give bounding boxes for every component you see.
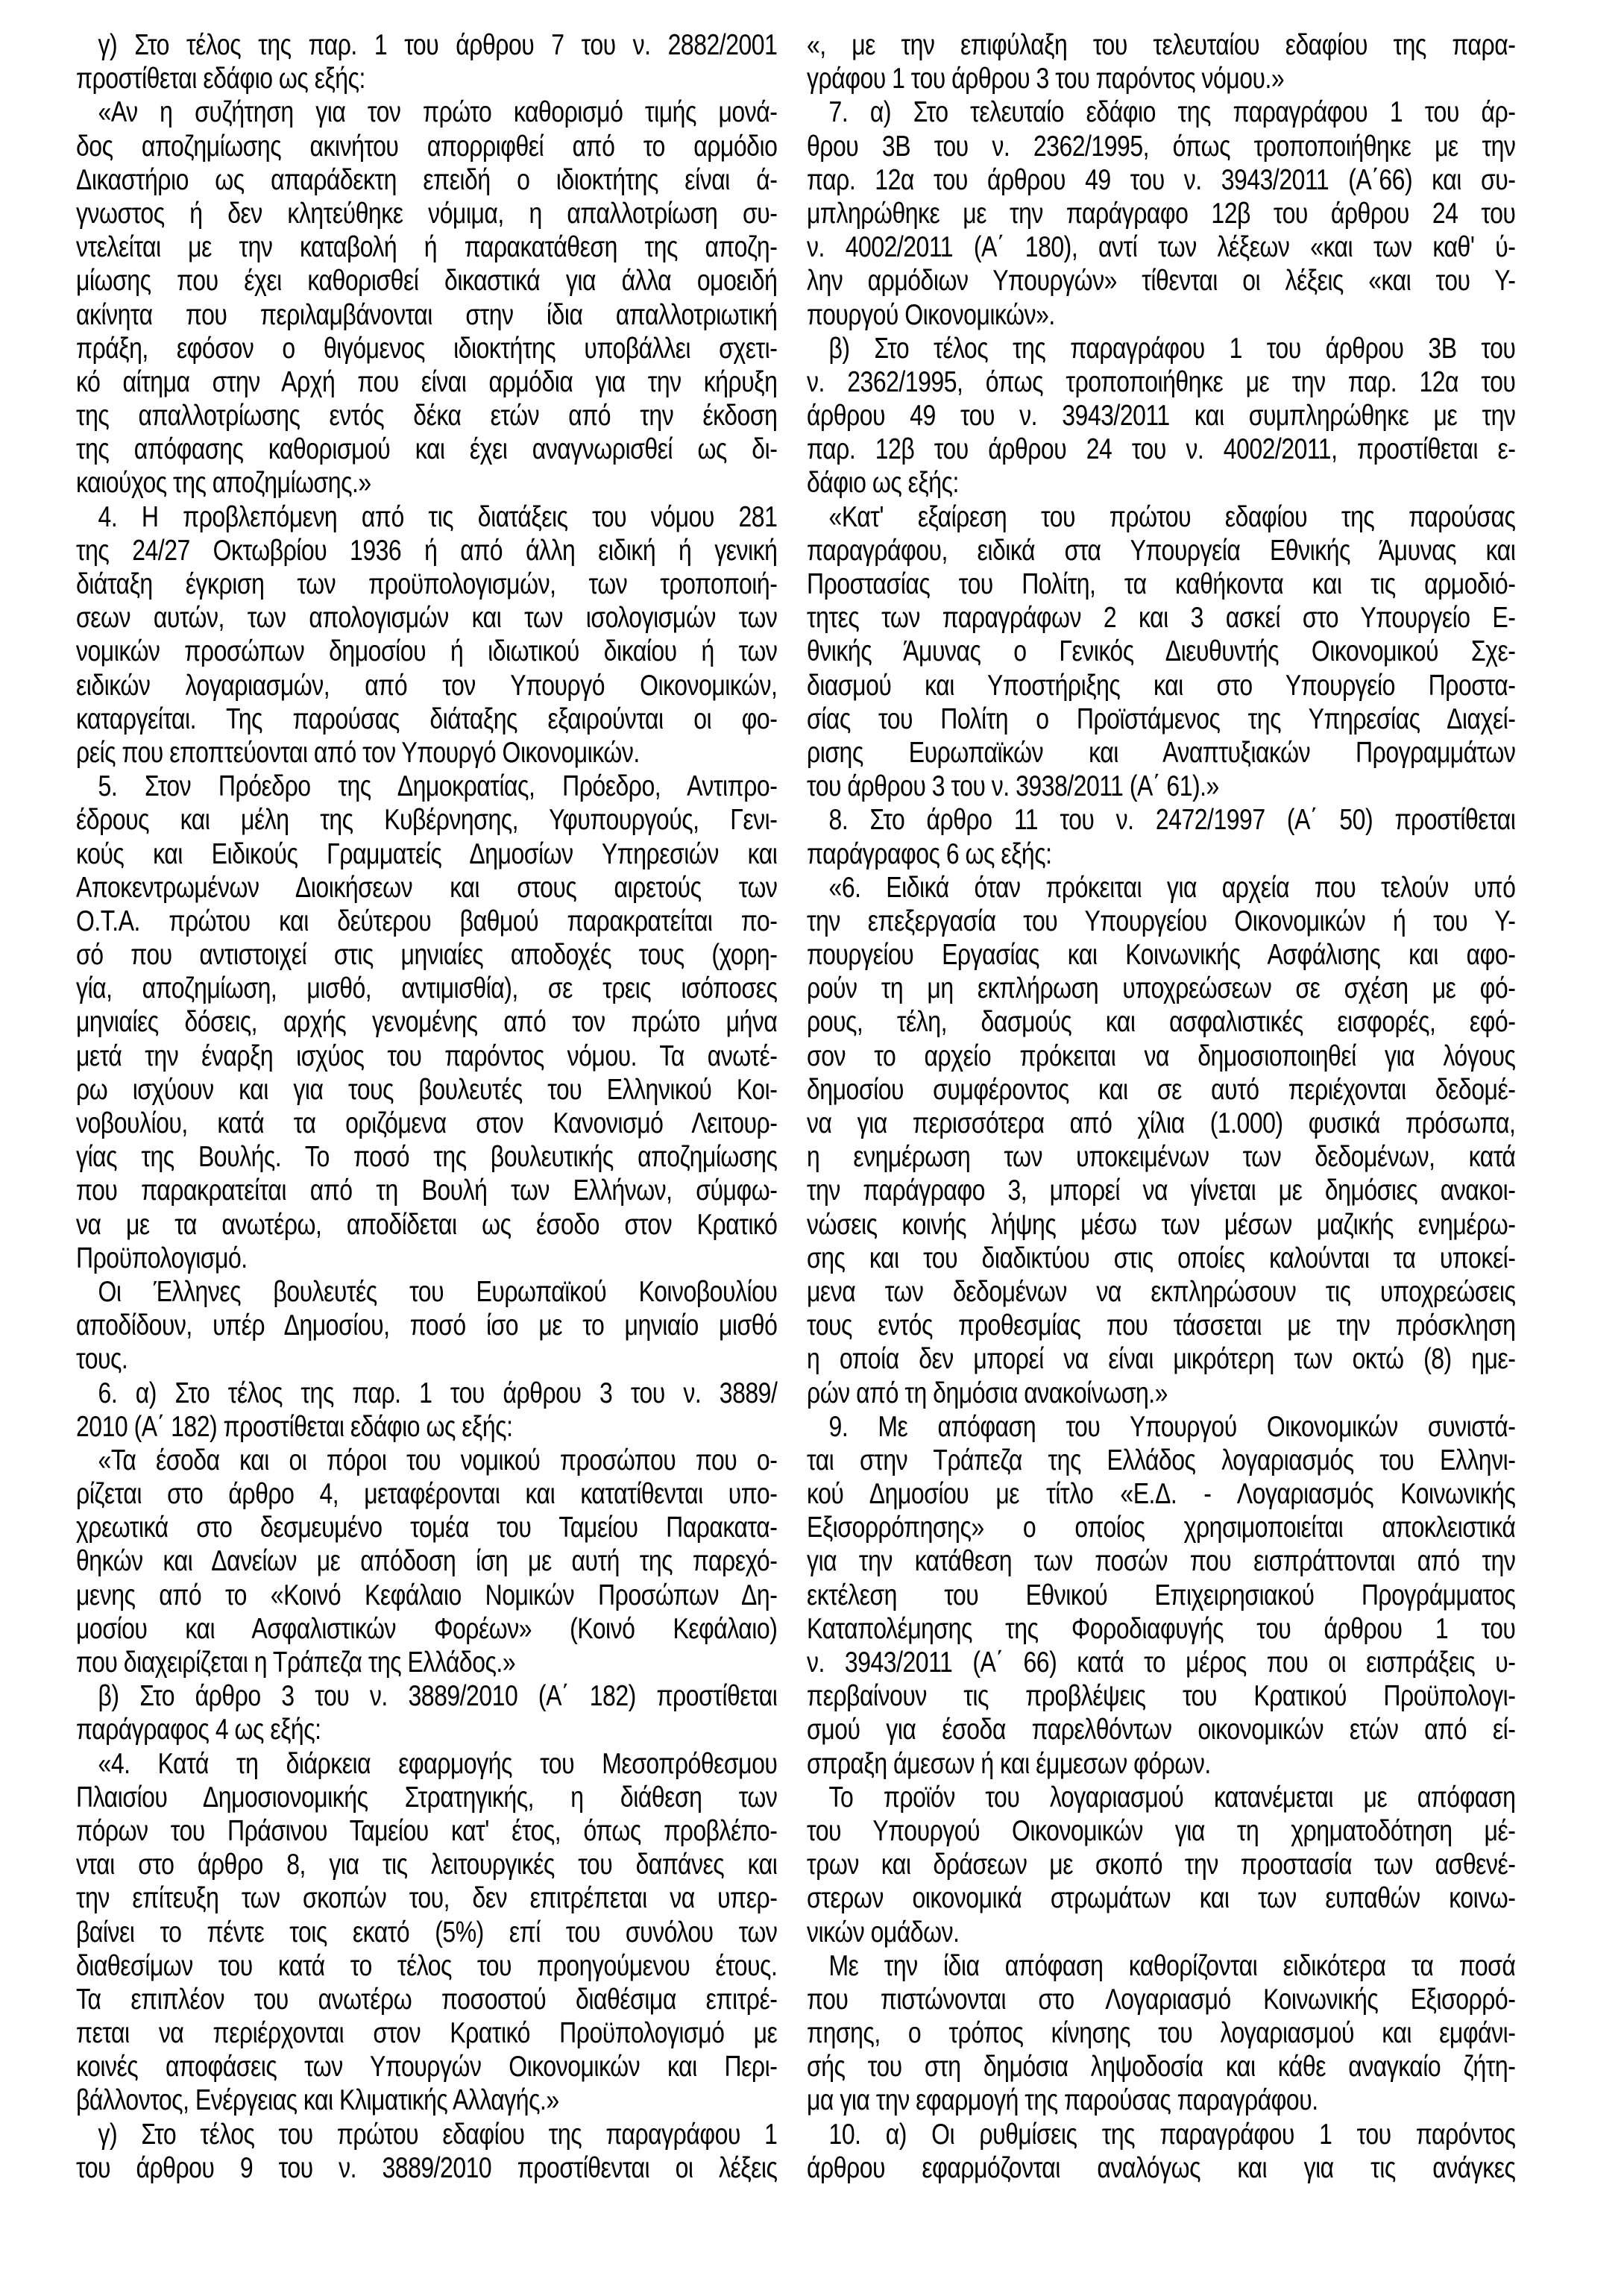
text-line: κού Δημοσίου με τίτλο «Ε.Δ. - Λογαριασμό… — [807, 1477, 1515, 1511]
text-line: που διαχειρίζεται η Τράπεζα της Ελλάδος.… — [76, 1646, 777, 1679]
text-line-content: σον το αρχείο πρόκειται να δημοσιοποιηθε… — [807, 1040, 1515, 1073]
text-line: να για περισσότερα από χίλια (1.000) φυσ… — [807, 1107, 1515, 1140]
text-line-content: τητες των παραγράφων 2 και 3 ασκεί στο Υ… — [807, 601, 1515, 635]
text-line-content: μα για την εφαρμογή της παρούσας παραγρά… — [807, 2083, 1515, 2117]
text-line: ακίνητα που περιλαμβάνονται στην ίδια απ… — [76, 298, 777, 332]
text-line: αποδίδουν, υπέρ Δημοσίου, ποσό ίσο με το… — [76, 1309, 777, 1342]
text-line: την επεξεργασία του Υπουργείου Οικονομικ… — [807, 905, 1515, 938]
text-line: «4. Κατά τη διάρκεια εφαρμογής του Μεσοπ… — [76, 1747, 777, 1781]
text-line-content: 2010 (Α΄ 182) προστίθεται εδάφιο ως εξής… — [76, 1410, 777, 1444]
text-line: σπραξη άμεσων ή και έμμεσων φόρων. — [807, 1747, 1515, 1781]
text-line: 4. Η προβλεπόμενη από τις διατάξεις του … — [76, 500, 777, 534]
text-line: τητες των παραγράφων 2 και 3 ασκεί στο Υ… — [807, 601, 1515, 635]
text-line: λην αρμόδιων Υπουργών» τίθενται οι λέξει… — [807, 264, 1515, 298]
text-line-content: τους. — [76, 1342, 777, 1376]
text-line-content: χρεωτικά στο δεσμευμένο τομέα του Ταμείο… — [76, 1511, 777, 1544]
text-line: θρου 3Β του ν. 2362/1995, όπως τροποποιή… — [807, 130, 1515, 163]
text-line: ν. 3943/2011 (Α΄ 66) κατά το μέρος που ο… — [807, 1646, 1515, 1679]
text-line-content: μίωσης που έχει καθορισθεί δικαστικά για… — [76, 264, 777, 298]
text-line: ρών από τη δημόσια ανακοίνωση.» — [807, 1377, 1515, 1410]
text-line: άρθρου 49 του ν. 3943/2011 και συμπληρώθ… — [807, 399, 1515, 433]
text-line: της απαλλοτρίωσης εντός δέκα ετών από τη… — [76, 399, 777, 433]
text-line: διασμού και Υποστήριξης και στο Υπουργεί… — [807, 669, 1515, 702]
text-line: Ο.Τ.Α. πρώτου και δεύτερου βαθμού παρακρ… — [76, 905, 777, 938]
text-line: την παράγραφο 3, μπορεί να γίνεται με δη… — [807, 1174, 1515, 1207]
text-line: νομικών προσώπων δημοσίου ή ιδιωτικού δι… — [76, 635, 777, 668]
text-line-content: νώσεις κοινής λήψης μέσω των μέσων μαζικ… — [807, 1208, 1515, 1242]
document-page: γ) Στο τέλος της παρ. 1 του άρθρου 7 του… — [0, 0, 1624, 2296]
text-line: νώσεις κοινής λήψης μέσω των μέσων μαζικ… — [807, 1208, 1515, 1242]
text-line: τους εντός προθεσμίας που τάσσεται με τη… — [807, 1309, 1515, 1342]
text-line-content: για την κατάθεση των ποσών που εισπράττο… — [807, 1544, 1515, 1578]
text-line-content: μενης από το «Κοινό Κεφάλαιο Νομικών Προ… — [76, 1579, 777, 1612]
text-line: του Υπουργού Οικονομικών για τη χρηματοδ… — [807, 1814, 1515, 1848]
text-line: της απόφασης καθορισμού και έχει αναγνωρ… — [76, 433, 777, 466]
text-line-content: λην αρμόδιων Υπουργών» τίθενται οι λέξει… — [807, 264, 1515, 298]
text-line-content: σμού για έσοδα παρελθόντων οικονομικών ε… — [807, 1713, 1515, 1746]
text-line: «Αν η συζήτηση για τον πρώτο καθορισμό τ… — [76, 95, 777, 129]
text-line-content: Δικαστήριο ως απαράδεκτη επειδή ο ιδιοκτ… — [76, 163, 777, 197]
text-line-content: ντελείται με την καταβολή ή παρακατάθεση… — [76, 230, 777, 264]
text-line: 5. Στον Πρόεδρο της Δημοκρατίας, Πρόεδρο… — [76, 770, 777, 803]
text-line: χρεωτικά στο δεσμευμένο τομέα του Ταμείο… — [76, 1511, 777, 1544]
text-line: πράξη, εφόσον ο θιγόμενος ιδιοκτήτης υπο… — [76, 332, 777, 365]
text-line-content: παρ. 12β του άρθρου 24 του ν. 4002/2011,… — [807, 433, 1515, 466]
text-line-content: πουργείου Εργασίας και Κοινωνικής Ασφάλι… — [807, 938, 1515, 972]
text-line: β) Στο άρθρο 3 του ν. 3889/2010 (Α΄ 182)… — [76, 1679, 777, 1713]
text-line-content: κού Δημοσίου με τίτλο «Ε.Δ. - Λογαριασμό… — [807, 1477, 1515, 1511]
text-line-content: ρίζεται στο άρθρο 4, μεταφέρονται και κα… — [76, 1477, 777, 1511]
text-line-content: ν. 3943/2011 (Α΄ 66) κατά το μέρος που ο… — [807, 1646, 1515, 1679]
text-line-content: Τα επιπλέον του ανωτέρω ποσοστού διαθέσι… — [76, 1983, 777, 2016]
text-line: 10. α) Οι ρυθμίσεις της παραγράφου 1 του… — [807, 2118, 1515, 2151]
text-line: ρείς που εποπτεύονται από τον Υπουργό Οι… — [76, 736, 777, 770]
text-line: Εξισορρόπησης» ο οποίος χρησιμοποιείται … — [807, 1511, 1515, 1544]
text-line: γία, αποζημίωση, μισθό, αντιμισθία), σε … — [76, 972, 777, 1005]
text-line-content: σης και του διαδικτύου στις οποίες καλού… — [807, 1242, 1515, 1275]
text-line: πησης, ο τρόπος κίνησης του λογαριασμού … — [807, 2016, 1515, 2050]
text-line: καιούχος της αποζημίωσης.» — [76, 466, 777, 500]
text-line: νται στο άρθρο 8, για τις λειτουργικές τ… — [76, 1848, 777, 1881]
text-line-content: παρ. 12α του άρθρου 49 του ν. 3943/2011 … — [807, 163, 1515, 197]
text-line-content: νικών ομάδων. — [807, 1916, 1515, 1949]
text-line: πουργού Οικονομικών». — [807, 298, 1515, 332]
text-line-content: η οποία δεν μπορεί να είναι μικρότερη τω… — [807, 1342, 1515, 1376]
text-line-content: στερων οικονομικά στρωμάτων και των ευπα… — [807, 1881, 1515, 1915]
text-line-content: Προστασίας του Πολίτη, τα καθήκοντα και … — [807, 567, 1515, 601]
text-line: κοινές αποφάσεις των Υπουργών Οικονομικώ… — [76, 2050, 777, 2083]
text-line-content: 5. Στον Πρόεδρο της Δημοκρατίας, Πρόεδρο… — [76, 770, 777, 803]
text-line: Με την ίδια απόφαση καθορίζονται ειδικότ… — [807, 1949, 1515, 1983]
text-line-content: έδρους και μέλη της Κυβέρνησης, Υφυπουργ… — [76, 803, 777, 837]
text-line-content: 4. Η προβλεπόμενη από τις διατάξεις του … — [76, 500, 777, 534]
text-line: β) Στο τέλος της παραγράφου 1 του άρθρου… — [807, 332, 1515, 365]
text-line-content: σό που αντιστοιχεί στις μηνιαίες αποδοχέ… — [76, 938, 777, 972]
text-line: βαίνει το πέντε τοις εκατό (5%) επί του … — [76, 1916, 777, 1949]
text-line: μενα των δεδομένων να εκπληρώσουν τις υπ… — [807, 1275, 1515, 1309]
text-line-content: της 24/27 Οκτωβρίου 1936 ή από άλλη ειδι… — [76, 534, 777, 567]
text-line-content: νοβουλίου, κατά τα οριζόμενα στον Κανονι… — [76, 1107, 777, 1140]
text-line-content: γνωστος ή δεν κλητεύθηκε νόμιμα, η απαλλ… — [76, 197, 777, 230]
text-line-content: Καταπολέμησης της Φοροδιαφυγής του άρθρο… — [807, 1612, 1515, 1646]
text-line: σό που αντιστοιχεί στις μηνιαίες αποδοχέ… — [76, 938, 777, 972]
text-line-content: παράγραφος 4 ως εξής: — [76, 1713, 777, 1746]
text-line: Προστασίας του Πολίτη, τα καθήκοντα και … — [807, 567, 1515, 601]
text-line-content: ακίνητα που περιλαμβάνονται στην ίδια απ… — [76, 298, 777, 332]
text-line: 2010 (Α΄ 182) προστίθεται εδάφιο ως εξής… — [76, 1410, 777, 1444]
text-line-content: β) Στο τέλος της παραγράφου 1 του άρθρου… — [807, 332, 1515, 365]
text-line: θνικής Άμυνας ο Γενικός Διευθυντής Οικον… — [807, 635, 1515, 668]
text-line-content: κό αίτημα στην Αρχή που είναι αρμόδια γι… — [76, 365, 777, 399]
text-line: η ενημέρωση των υποκειμένων των δεδομένω… — [807, 1140, 1515, 1174]
text-line-content: περβαίνουν τις προβλέψεις του Κρατικού Π… — [807, 1679, 1515, 1713]
text-line-content: σής του στη δημόσια ληψοδοσία και κάθε α… — [807, 2050, 1515, 2083]
text-line-content: γ) Στο τέλος της παρ. 1 του άρθρου 7 του… — [76, 28, 777, 62]
text-line: Πλαισίου Δημοσιονομικής Στρατηγικής, η δ… — [76, 1781, 777, 1814]
text-line-content: αποδίδουν, υπέρ Δημοσίου, ποσό ίσο με το… — [76, 1309, 777, 1342]
text-line-content: Ο.Τ.Α. πρώτου και δεύτερου βαθμού παρακρ… — [76, 905, 777, 938]
text-line: Οι Έλληνες βουλευτές του Ευρωπαϊκού Κοιν… — [76, 1275, 777, 1309]
text-line-content: ν. 4002/2011 (Α΄ 180), αντί των λέξεων «… — [807, 230, 1515, 264]
text-line: μπληρώθηκε με την παράγραφο 12β του άρθρ… — [807, 197, 1515, 230]
text-line: δημοσίου συμφέροντος και σε αυτό περιέχο… — [807, 1073, 1515, 1107]
text-line: 6. α) Στο τέλος της παρ. 1 του άρθρου 3 … — [76, 1377, 777, 1410]
text-line: μετά την έναρξη ισχύος του παρόντος νόμο… — [76, 1040, 777, 1073]
text-line-content: μοσίου και Ασφαλιστικών Φορέων» (Κοινό Κ… — [76, 1612, 777, 1646]
text-line-content: του Υπουργού Οικονομικών για τη χρηματοδ… — [807, 1814, 1515, 1848]
text-line: για την κατάθεση των ποσών που εισπράττο… — [807, 1544, 1515, 1578]
left-column: γ) Στο τέλος της παρ. 1 του άρθρου 7 του… — [76, 28, 777, 2185]
text-line: μενης από το «Κοινό Κεφάλαιο Νομικών Προ… — [76, 1579, 777, 1612]
text-line-content: 6. α) Στο τέλος της παρ. 1 του άρθρου 3 … — [76, 1377, 777, 1410]
text-line-content: της απαλλοτρίωσης εντός δέκα ετών από τη… — [76, 399, 777, 433]
text-line: 8. Στο άρθρο 11 του ν. 2472/1997 (Α΄ 50)… — [807, 803, 1515, 837]
text-line: μα για την εφαρμογή της παρούσας παραγρά… — [807, 2083, 1515, 2117]
text-line-content: να με τα ανωτέρω, αποδίδεται ως έσοδο στ… — [76, 1208, 777, 1242]
text-line-content: διαθεσίμων του κατά το τέλος του προηγού… — [76, 1949, 777, 1983]
text-line: παρ. 12β του άρθρου 24 του ν. 4002/2011,… — [807, 433, 1515, 466]
text-line: που παρακρατείται από τη Βουλή των Ελλήν… — [76, 1174, 777, 1207]
text-line: παράγραφος 4 ως εξής: — [76, 1713, 777, 1746]
text-line-content: β) Στο άρθρο 3 του ν. 3889/2010 (Α΄ 182)… — [76, 1679, 777, 1713]
text-line-content: της απόφασης καθορισμού και έχει αναγνωρ… — [76, 433, 777, 466]
text-line: της 24/27 Οκτωβρίου 1936 ή από άλλη ειδι… — [76, 534, 777, 567]
text-line-content: γράφου 1 του άρθρου 3 του παρόντος νόμου… — [807, 62, 1515, 95]
text-line-content: κούς και Ειδικούς Γραμματείς Δημοσίων Υπ… — [76, 837, 777, 871]
text-line: σον το αρχείο πρόκειται να δημοσιοποιηθε… — [807, 1040, 1515, 1073]
text-line: περβαίνουν τις προβλέψεις του Κρατικού Π… — [807, 1679, 1515, 1713]
text-line: γράφου 1 του άρθρου 3 του παρόντος νόμου… — [807, 62, 1515, 95]
text-line-content: πεται να περιέρχονται στον Κρατικό Προϋπ… — [76, 2016, 777, 2050]
text-line-content: διάταξη έγκριση των προϋπολογισμών, των … — [76, 567, 777, 601]
text-line-content: τρων και δράσεων με σκοπό την προστασία … — [807, 1848, 1515, 1881]
text-line-content: την επίτευξη των σκοπών του, δεν επιτρέπ… — [76, 1881, 777, 1915]
text-line-content: πουργού Οικονομικών». — [807, 298, 1515, 332]
text-line: ρισης Ευρωπαϊκών και Αναπτυξιακών Προγρα… — [807, 736, 1515, 770]
text-line: διαθεσίμων του κατά το τέλος του προηγού… — [76, 1949, 777, 1983]
text-line-content: «6. Ειδικά όταν πρόκειται για αρχεία που… — [807, 871, 1515, 905]
text-line: του άρθρου 9 του ν. 3889/2010 προστίθεντ… — [76, 2151, 777, 2185]
text-line-content: βάλλοντος, Ενέργειας και Κλιματικής Αλλα… — [76, 2083, 777, 2117]
text-line: ν. 4002/2011 (Α΄ 180), αντί των λέξεων «… — [807, 230, 1515, 264]
text-line: σής του στη δημόσια ληψοδοσία και κάθε α… — [807, 2050, 1515, 2083]
text-line-content: ρείς που εποπτεύονται από τον Υπουργό Οι… — [76, 736, 777, 770]
text-line: προστίθεται εδάφιο ως εξής: — [76, 62, 777, 95]
text-line: γ) Στο τέλος της παρ. 1 του άρθρου 7 του… — [76, 28, 777, 62]
text-line: νικών ομάδων. — [807, 1916, 1515, 1949]
text-line-content: ρισης Ευρωπαϊκών και Αναπτυξιακών Προγρα… — [807, 736, 1515, 770]
text-line: «6. Ειδικά όταν πρόκειται για αρχεία που… — [807, 871, 1515, 905]
text-line: δος αποζημίωσης ακινήτου απορριφθεί από … — [76, 130, 777, 163]
text-line: σμού για έσοδα παρελθόντων οικονομικών ε… — [807, 1713, 1515, 1746]
text-line-content: «Αν η συζήτηση για τον πρώτο καθορισμό τ… — [76, 95, 777, 129]
text-line: σίας του Πολίτη ο Προϊστάμενος της Υπηρε… — [807, 702, 1515, 736]
text-line-content: Αποκεντρωμένων Διοικήσεων και στους αιρε… — [76, 871, 777, 905]
text-line-content: Το προϊόν του λογαριασμού κατανέμεται με… — [807, 1781, 1515, 1814]
text-line-content: σπραξη άμεσων ή και έμμεσων φόρων. — [807, 1747, 1515, 1781]
text-line-content: την επεξεργασία του Υπουργείου Οικονομικ… — [807, 905, 1515, 938]
text-line: Τα επιπλέον του ανωτέρω ποσοστού διαθέσι… — [76, 1983, 777, 2016]
text-line-content: γ) Στο τέλος του πρώτου εδαφίου της παρα… — [76, 2118, 777, 2151]
text-line-content: πησης, ο τρόπος κίνησης του λογαριασμού … — [807, 2016, 1515, 2050]
text-line-content: «4. Κατά τη διάρκεια εφαρμογής του Μεσοπ… — [76, 1747, 777, 1781]
text-line-content: που παρακρατείται από τη Βουλή των Ελλήν… — [76, 1174, 777, 1207]
text-line-content: άρθρου 49 του ν. 3943/2011 και συμπληρώθ… — [807, 399, 1515, 433]
text-line-content: 7. α) Στο τελευταίο εδάφιο της παραγράφο… — [807, 95, 1515, 129]
text-line: «Τα έσοδα και οι πόροι του νομικού προσώ… — [76, 1444, 777, 1477]
text-line-content: θνικής Άμυνας ο Γενικός Διευθυντής Οικον… — [807, 635, 1515, 668]
text-line-content: ρω ισχύουν και για τους βουλευτές του Ελ… — [76, 1073, 777, 1107]
text-line: γ) Στο τέλος του πρώτου εδαφίου της παρα… — [76, 2118, 777, 2151]
text-line: εκτέλεση του Εθνικού Επιχειρησιακού Προγ… — [807, 1579, 1515, 1612]
text-line-content: παράγραφος 6 ως εξής: — [807, 837, 1515, 871]
text-line-content: άρθρου εφαρμόζονται αναλόγως και για τις… — [807, 2151, 1515, 2185]
text-line: μοσίου και Ασφαλιστικών Φορέων» (Κοινό Κ… — [76, 1612, 777, 1646]
text-line: Αποκεντρωμένων Διοικήσεων και στους αιρε… — [76, 871, 777, 905]
text-line-content: καιούχος της αποζημίωσης.» — [76, 466, 777, 500]
text-line: του άρθρου 3 του ν. 3938/2011 (Α΄ 61).» — [807, 770, 1515, 803]
text-line-content: «Κατ' εξαίρεση του πρώτου εδαφίου της πα… — [807, 500, 1515, 534]
text-line-content: σεων αυτών, των απολογισμών και των ισολ… — [76, 601, 777, 635]
text-line: Δικαστήριο ως απαράδεκτη επειδή ο ιδιοκτ… — [76, 163, 777, 197]
text-line: παράγραφος 6 ως εξής: — [807, 837, 1515, 871]
text-line: να με τα ανωτέρω, αποδίδεται ως έσοδο στ… — [76, 1208, 777, 1242]
text-line: ρούν τη μη εκπλήρωση υποχρεώσεων σε σχέσ… — [807, 972, 1515, 1005]
text-line-content: Προϋπολογισμό. — [76, 1242, 777, 1275]
text-line-content: μετά την έναρξη ισχύος του παρόντος νόμο… — [76, 1040, 777, 1073]
text-line-content: 8. Στο άρθρο 11 του ν. 2472/1997 (Α΄ 50)… — [807, 803, 1515, 837]
text-line-content: παραγράφου, ειδικά στα Υπουργεία Εθνικής… — [807, 534, 1515, 567]
text-line: 9. Με απόφαση του Υπουργού Οικονομικών σ… — [807, 1410, 1515, 1444]
text-line-content: ρών από τη δημόσια ανακοίνωση.» — [807, 1377, 1515, 1410]
text-line-content: γία, αποζημίωση, μισθό, αντιμισθία), σε … — [76, 972, 777, 1005]
text-line-content: ρούν τη μη εκπλήρωση υποχρεώσεων σε σχέσ… — [807, 972, 1515, 1005]
text-line: ντελείται με την καταβολή ή παρακατάθεση… — [76, 230, 777, 264]
text-line: έδρους και μέλη της Κυβέρνησης, Υφυπουργ… — [76, 803, 777, 837]
right-column: «, με την επιφύλαξη του τελευταίου εδαφί… — [807, 28, 1515, 2185]
text-line-content: η ενημέρωση των υποκειμένων των δεδομένω… — [807, 1140, 1515, 1174]
text-line-content: νομικών προσώπων δημοσίου ή ιδιωτικού δι… — [76, 635, 777, 668]
text-line-content: Εξισορρόπησης» ο οποίος χρησιμοποιείται … — [807, 1511, 1515, 1544]
text-line: πεται να περιέρχονται στον Κρατικό Προϋπ… — [76, 2016, 777, 2050]
text-line: την επίτευξη των σκοπών του, δεν επιτρέπ… — [76, 1881, 777, 1915]
text-line: παραγράφου, ειδικά στα Υπουργεία Εθνικής… — [807, 534, 1515, 567]
text-line-content: 10. α) Οι ρυθμίσεις της παραγράφου 1 του… — [807, 2118, 1515, 2151]
text-line-content: που διαχειρίζεται η Τράπεζα της Ελλάδος.… — [76, 1646, 777, 1679]
text-line-content: εκτέλεση του Εθνικού Επιχειρησιακού Προγ… — [807, 1579, 1515, 1612]
text-line: «, με την επιφύλαξη του τελευταίου εδαφί… — [807, 28, 1515, 62]
text-line: ται στην Τράπεζα της Ελλάδος λογαριασμός… — [807, 1444, 1515, 1477]
text-line-content: τους εντός προθεσμίας που τάσσεται με τη… — [807, 1309, 1515, 1342]
text-line-content: δάφιο ως εξής: — [807, 466, 1515, 500]
text-line-content: πράξη, εφόσον ο θιγόμενος ιδιοκτήτης υπο… — [76, 332, 777, 365]
text-line: καταργείται. Της παρούσας διάταξης εξαιρ… — [76, 702, 777, 736]
text-line-content: καταργείται. Της παρούσας διάταξης εξαιρ… — [76, 702, 777, 736]
text-line-content: του άρθρου 3 του ν. 3938/2011 (Α΄ 61).» — [807, 770, 1515, 803]
text-line-content: προστίθεται εδάφιο ως εξής: — [76, 62, 777, 95]
text-line-content: Οι Έλληνες βουλευτές του Ευρωπαϊκού Κοιν… — [76, 1275, 777, 1309]
text-line: Καταπολέμησης της Φοροδιαφυγής του άρθρο… — [807, 1612, 1515, 1646]
text-line-content: 9. Με απόφαση του Υπουργού Οικονομικών σ… — [807, 1410, 1515, 1444]
text-line-content: δος αποζημίωσης ακινήτου απορριφθεί από … — [76, 130, 777, 163]
text-line: βάλλοντος, Ενέργειας και Κλιματικής Αλλα… — [76, 2083, 777, 2117]
text-line-content: του άρθρου 9 του ν. 3889/2010 προστίθεντ… — [76, 2151, 777, 2185]
text-line: ειδικών λογαριασμών, από τον Υπουργό Οικ… — [76, 669, 777, 702]
text-line-content: σίας του Πολίτη ο Προϊστάμενος της Υπηρε… — [807, 702, 1515, 736]
text-line: μηνιαίες δόσεις, αρχής γενομένης από τον… — [76, 1005, 777, 1039]
text-line: κούς και Ειδικούς Γραμματείς Δημοσίων Υπ… — [76, 837, 777, 871]
text-line-content: πόρων του Πράσινου Ταμείου κατ' έτος, όπ… — [76, 1814, 777, 1848]
text-line-content: μπληρώθηκε με την παράγραφο 12β του άρθρ… — [807, 197, 1515, 230]
text-line-content: ται στην Τράπεζα της Ελλάδος λογαριασμός… — [807, 1444, 1515, 1477]
text-line-content: δημοσίου συμφέροντος και σε αυτό περιέχο… — [807, 1073, 1515, 1107]
text-line-content: θηκών και Δανείων με απόδοση ίση με αυτή… — [76, 1544, 777, 1578]
text-line-content: κοινές αποφάσεις των Υπουργών Οικονομικώ… — [76, 2050, 777, 2083]
text-line-content: «, με την επιφύλαξη του τελευταίου εδαφί… — [807, 28, 1515, 62]
text-line-content: ρους, τέλη, δασμούς και ασφαλιστικές εισ… — [807, 1005, 1515, 1039]
text-line: Προϋπολογισμό. — [76, 1242, 777, 1275]
text-line: «Κατ' εξαίρεση του πρώτου εδαφίου της πα… — [807, 500, 1515, 534]
text-line-content: ν. 2362/1995, όπως τροποποιήθηκε με την … — [807, 365, 1515, 399]
text-line: άρθρου εφαρμόζονται αναλόγως και για τις… — [807, 2151, 1515, 2185]
text-line: πόρων του Πράσινου Ταμείου κατ' έτος, όπ… — [76, 1814, 777, 1848]
text-line: τρων και δράσεων με σκοπό την προστασία … — [807, 1848, 1515, 1881]
text-line: τους. — [76, 1342, 777, 1376]
text-line: ρους, τέλη, δασμούς και ασφαλιστικές εισ… — [807, 1005, 1515, 1039]
text-line-content: ειδικών λογαριασμών, από τον Υπουργό Οικ… — [76, 669, 777, 702]
text-line: γίας της Βουλής. Το ποσό της βουλευτικής… — [76, 1140, 777, 1174]
text-line: ρω ισχύουν και για τους βουλευτές του Ελ… — [76, 1073, 777, 1107]
text-line: Το προϊόν του λογαριασμού κατανέμεται με… — [807, 1781, 1515, 1814]
text-line-content: βαίνει το πέντε τοις εκατό (5%) επί του … — [76, 1916, 777, 1949]
text-line: διάταξη έγκριση των προϋπολογισμών, των … — [76, 567, 777, 601]
text-line-content: που πιστώνονται στο Λογαριασμό Κοινωνική… — [807, 1983, 1515, 2016]
text-line: σεων αυτών, των απολογισμών και των ισολ… — [76, 601, 777, 635]
text-line-content: γίας της Βουλής. Το ποσό της βουλευτικής… — [76, 1140, 777, 1174]
text-line-content: να για περισσότερα από χίλια (1.000) φυσ… — [807, 1107, 1515, 1140]
text-line: γνωστος ή δεν κλητεύθηκε νόμιμα, η απαλλ… — [76, 197, 777, 230]
text-line-content: διασμού και Υποστήριξης και στο Υπουργεί… — [807, 669, 1515, 702]
text-line: ρίζεται στο άρθρο 4, μεταφέρονται και κα… — [76, 1477, 777, 1511]
text-line: σης και του διαδικτύου στις οποίες καλού… — [807, 1242, 1515, 1275]
text-line-content: μενα των δεδομένων να εκπληρώσουν τις υπ… — [807, 1275, 1515, 1309]
text-line: παρ. 12α του άρθρου 49 του ν. 3943/2011 … — [807, 163, 1515, 197]
text-line-content: την παράγραφο 3, μπορεί να γίνεται με δη… — [807, 1174, 1515, 1207]
text-line-content: «Τα έσοδα και οι πόροι του νομικού προσώ… — [76, 1444, 777, 1477]
text-line: θηκών και Δανείων με απόδοση ίση με αυτή… — [76, 1544, 777, 1578]
text-line: μίωσης που έχει καθορισθεί δικαστικά για… — [76, 264, 777, 298]
text-line-content: θρου 3Β του ν. 2362/1995, όπως τροποποιή… — [807, 130, 1515, 163]
text-line-content: μηνιαίες δόσεις, αρχής γενομένης από τον… — [76, 1005, 777, 1039]
text-line: κό αίτημα στην Αρχή που είναι αρμόδια γι… — [76, 365, 777, 399]
text-line: δάφιο ως εξής: — [807, 466, 1515, 500]
text-line: ν. 2362/1995, όπως τροποποιήθηκε με την … — [807, 365, 1515, 399]
text-line-content: Πλαισίου Δημοσιονομικής Στρατηγικής, η δ… — [76, 1781, 777, 1814]
text-line-content: νται στο άρθρο 8, για τις λειτουργικές τ… — [76, 1848, 777, 1881]
text-line: νοβουλίου, κατά τα οριζόμενα στον Κανονι… — [76, 1107, 777, 1140]
text-line: που πιστώνονται στο Λογαριασμό Κοινωνική… — [807, 1983, 1515, 2016]
text-line-content: Με την ίδια απόφαση καθορίζονται ειδικότ… — [807, 1949, 1515, 1983]
text-line: πουργείου Εργασίας και Κοινωνικής Ασφάλι… — [807, 938, 1515, 972]
text-line: 7. α) Στο τελευταίο εδάφιο της παραγράφο… — [807, 95, 1515, 129]
text-line: στερων οικονομικά στρωμάτων και των ευπα… — [807, 1881, 1515, 1915]
text-line: η οποία δεν μπορεί να είναι μικρότερη τω… — [807, 1342, 1515, 1376]
